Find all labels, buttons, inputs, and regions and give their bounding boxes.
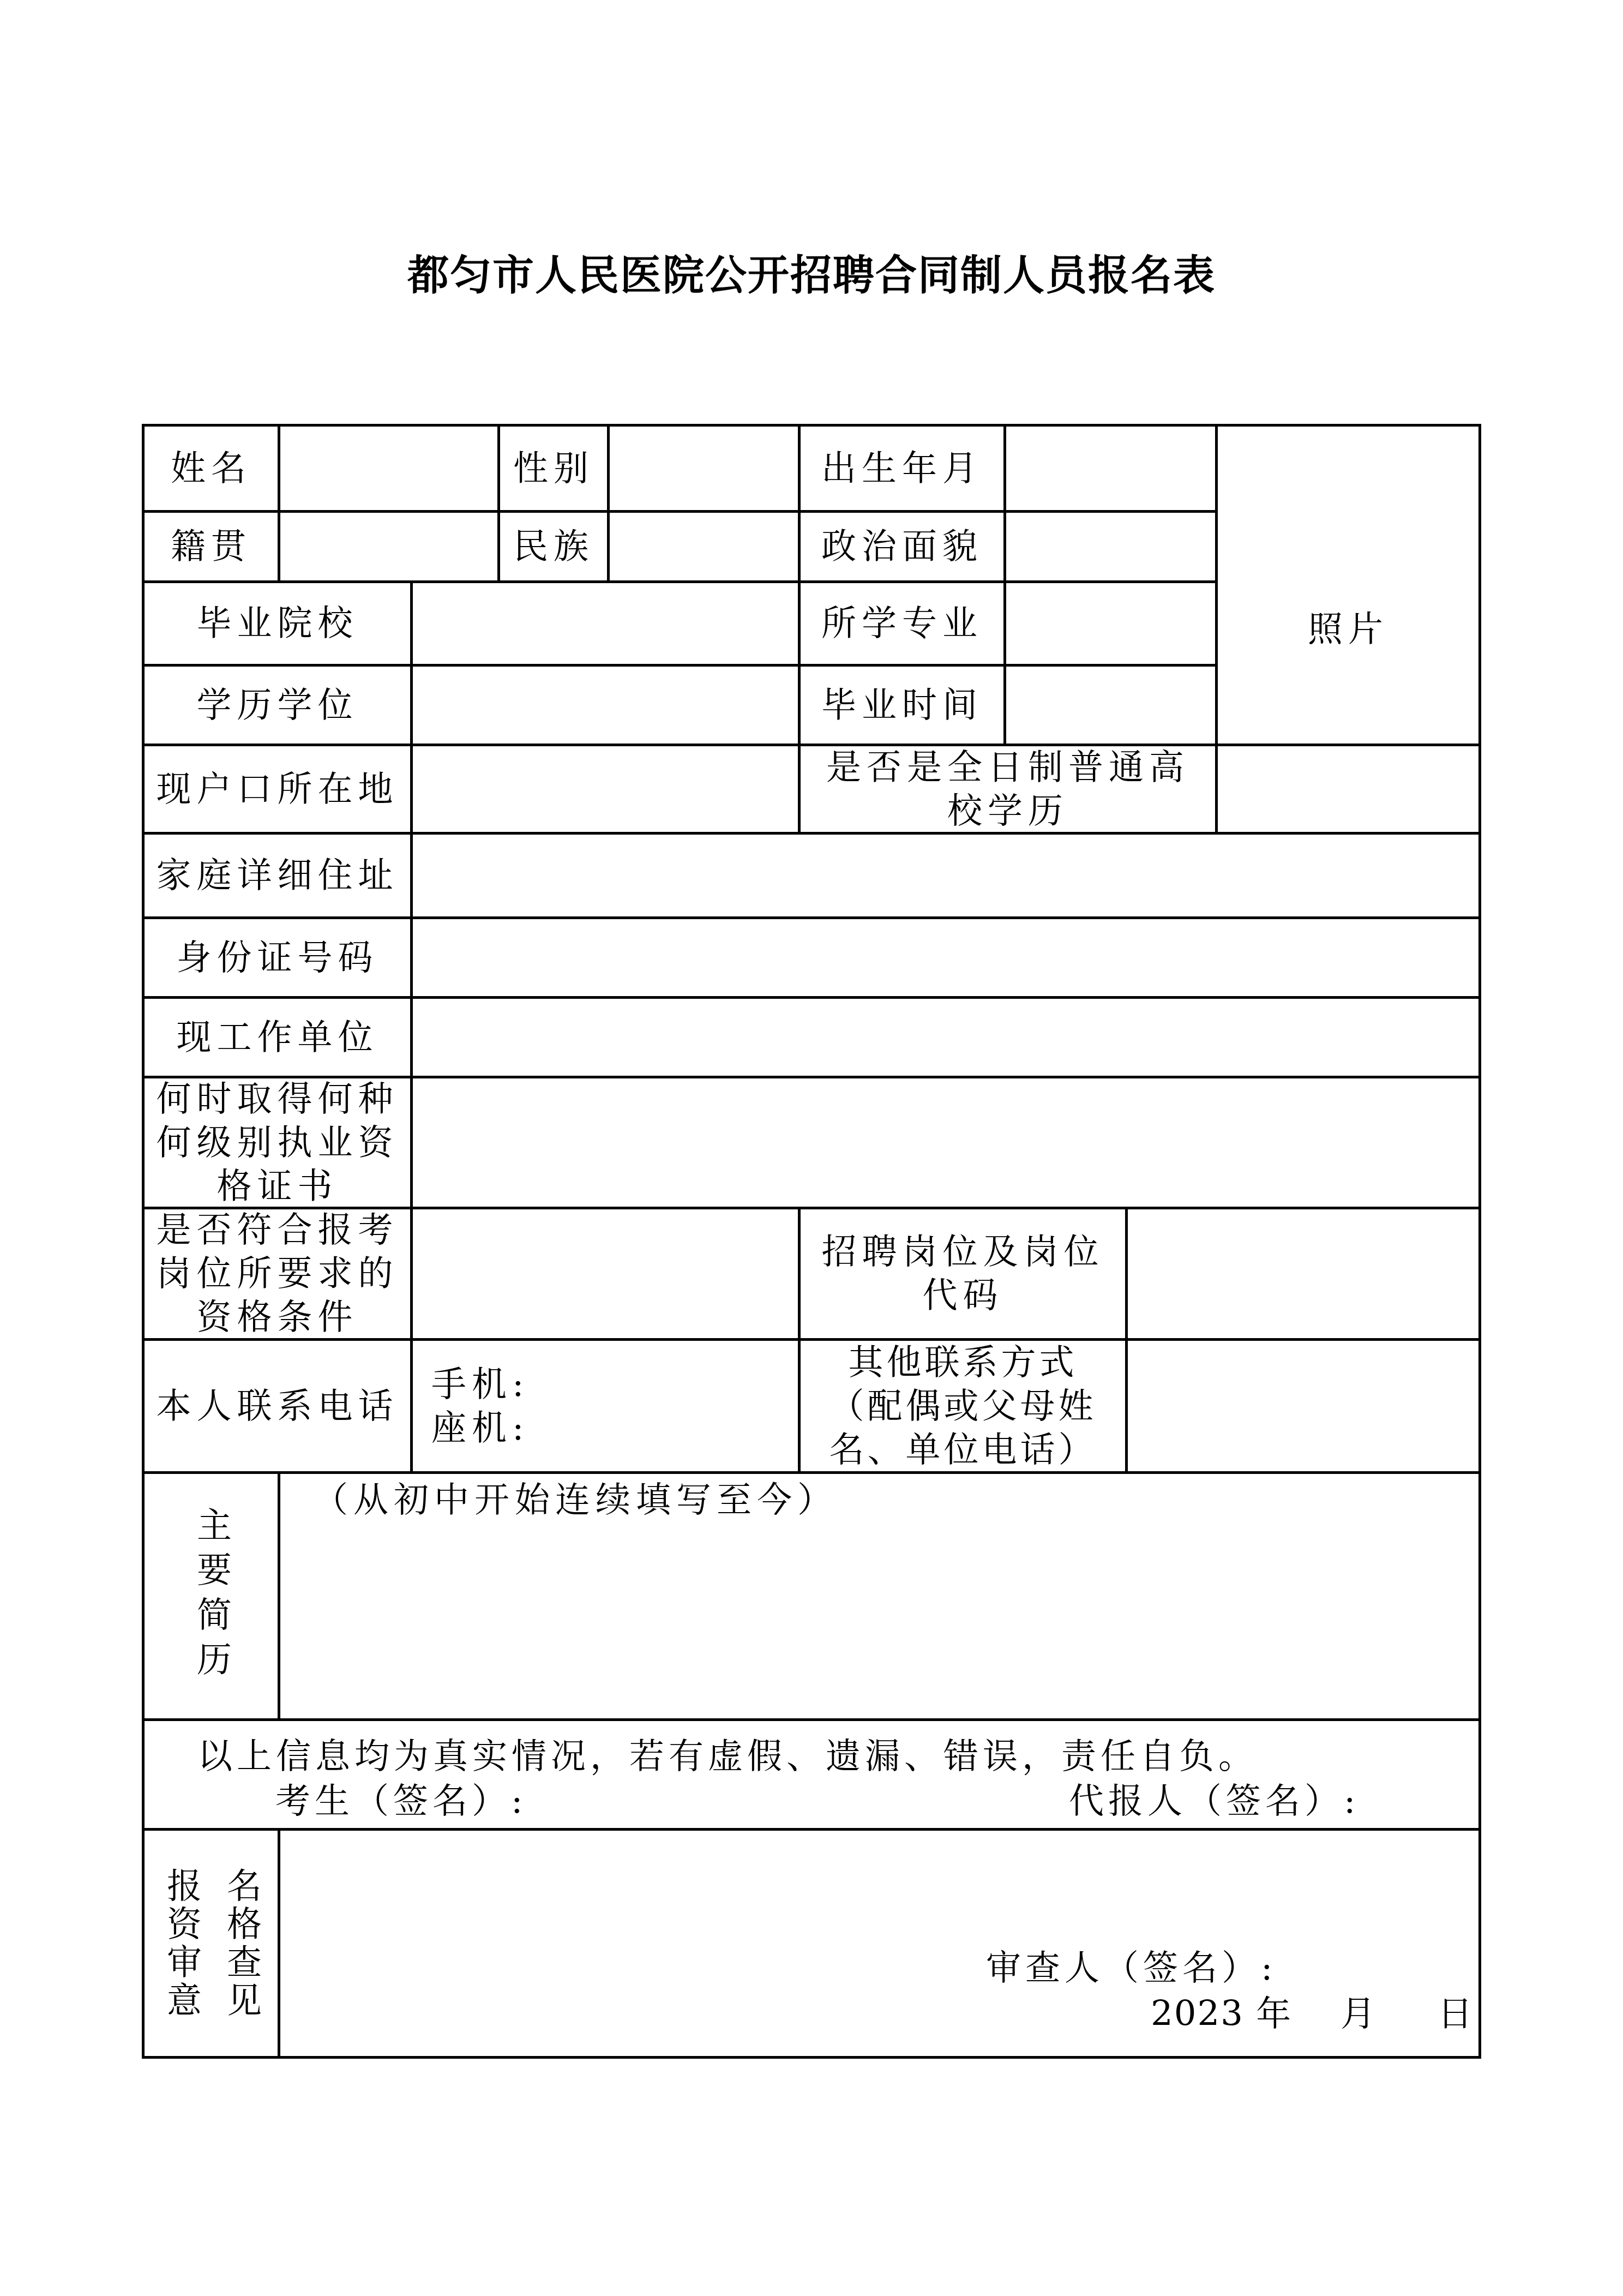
degree-field[interactable] <box>410 664 801 746</box>
phone-field[interactable]: 手机: 座机: <box>410 1338 801 1474</box>
id-field[interactable] <box>410 916 1481 999</box>
fulltime-field[interactable] <box>1215 744 1481 835</box>
other-contact-label-text: 其他联系方式（配偶或父母姓名、单位电话） <box>812 1341 1114 1472</box>
grad-time-label-text: 毕业时间 <box>821 684 983 727</box>
resume-label: 主要简历 <box>142 1471 280 1721</box>
ethnicity-field[interactable] <box>607 510 801 583</box>
other-contact-field[interactable] <box>1125 1338 1481 1474</box>
reviewer-sign-label[interactable]: 审查人（签名）: <box>986 1946 1277 1990</box>
birth-label-text: 出生年月 <box>821 447 983 490</box>
landline-label: 座机: <box>431 1406 530 1450</box>
review-label: 报资审意 名格查见 <box>142 1828 280 2059</box>
political-status-field[interactable] <box>1003 510 1218 583</box>
ethnicity-label-text: 民族 <box>513 525 594 568</box>
major-label-text: 所学专业 <box>821 602 983 645</box>
major-field[interactable] <box>1003 580 1218 667</box>
native-place-field[interactable] <box>278 510 500 583</box>
certificate-field[interactable] <box>410 1076 1481 1209</box>
review-label-left: 报资审意 <box>159 1867 203 2020</box>
address-field[interactable] <box>410 832 1481 919</box>
name-label: 姓名 <box>142 424 280 513</box>
review-field[interactable] <box>278 1828 1481 2059</box>
school-label-text: 毕业院校 <box>197 602 358 645</box>
degree-label: 学历学位 <box>142 664 413 746</box>
fulltime-label: 是否是全日制普通高校学历 <box>798 744 1218 835</box>
declaration-text: 以上信息均为真实情况，若有虚假、遗漏、错误，责任自负。 <box>197 1735 1258 1778</box>
id-label: 身份证号码 <box>142 916 413 999</box>
major-label: 所学专业 <box>798 580 1006 667</box>
employer-field[interactable] <box>410 996 1481 1078</box>
birth-label: 出生年月 <box>798 424 1006 513</box>
native-place-label: 籍贯 <box>142 510 280 583</box>
grad-time-field[interactable] <box>1003 664 1218 746</box>
hukou-field[interactable] <box>410 744 801 835</box>
position-label: 招聘岗位及岗位代码 <box>798 1207 1128 1341</box>
qualified-label: 是否符合报考岗位所要求的资格条件 <box>142 1207 413 1341</box>
photo-label: 照片 <box>1308 608 1388 651</box>
school-label: 毕业院校 <box>142 580 413 667</box>
mobile-label: 手机: <box>431 1363 530 1406</box>
political-status-label: 政治面貌 <box>798 510 1006 583</box>
political-status-label-text: 政治面貌 <box>821 525 983 568</box>
certificate-label-text: 何时取得何种何级别执业资格证书 <box>155 1077 400 1208</box>
resume-hint: （从初中开始连续填写至今） <box>313 1478 838 1522</box>
qualified-field[interactable] <box>410 1207 801 1341</box>
employer-label: 现工作单位 <box>142 996 413 1078</box>
review-label-right: 名格查见 <box>219 1867 263 2020</box>
resume-field[interactable]: （从初中开始连续填写至今） <box>278 1471 1481 1721</box>
qualified-label-text: 是否符合报考岗位所要求的资格条件 <box>155 1208 400 1339</box>
school-field[interactable] <box>410 580 801 667</box>
position-field[interactable] <box>1125 1207 1481 1341</box>
hukou-label-text: 现户口所在地 <box>157 768 399 811</box>
date-day: 日 <box>1438 1992 1477 2036</box>
id-label-text: 身份证号码 <box>177 936 378 980</box>
phone-label: 本人联系电话 <box>142 1338 413 1474</box>
name-label-text: 姓名 <box>171 447 251 490</box>
resume-label-text: 主要简历 <box>189 1507 233 1686</box>
gender-label-text: 性别 <box>513 447 594 490</box>
date-year: 2023 年 <box>1151 1992 1292 2036</box>
address-label-text: 家庭详细住址 <box>157 854 399 897</box>
certificate-label: 何时取得何种何级别执业资格证书 <box>142 1076 413 1209</box>
employer-label-text: 现工作单位 <box>177 1016 378 1059</box>
ethnicity-label: 民族 <box>497 510 610 583</box>
grad-time-label: 毕业时间 <box>798 664 1006 746</box>
position-label-text: 招聘岗位及岗位代码 <box>821 1230 1105 1317</box>
hukou-label: 现户口所在地 <box>142 744 413 835</box>
gender-label: 性别 <box>497 424 610 513</box>
candidate-sign-label[interactable]: 考生（签名）: <box>275 1779 527 1823</box>
gender-field[interactable] <box>607 424 801 513</box>
page-title: 都匀市人民医院公开招聘合同制人员报名表 <box>0 248 1623 303</box>
agent-sign-label[interactable]: 代报人（签名）: <box>1069 1779 1360 1823</box>
address-label: 家庭详细住址 <box>142 832 413 919</box>
degree-label-text: 学历学位 <box>197 684 358 727</box>
native-place-label-text: 籍贯 <box>171 525 251 568</box>
phone-label-text: 本人联系电话 <box>157 1384 399 1428</box>
other-contact-label: 其他联系方式（配偶或父母姓名、单位电话） <box>798 1338 1128 1474</box>
fulltime-label-text: 是否是全日制普通高校学历 <box>812 746 1204 833</box>
birth-field[interactable] <box>1003 424 1218 513</box>
name-field[interactable] <box>278 424 500 513</box>
date-month: 月 <box>1341 1992 1380 2036</box>
